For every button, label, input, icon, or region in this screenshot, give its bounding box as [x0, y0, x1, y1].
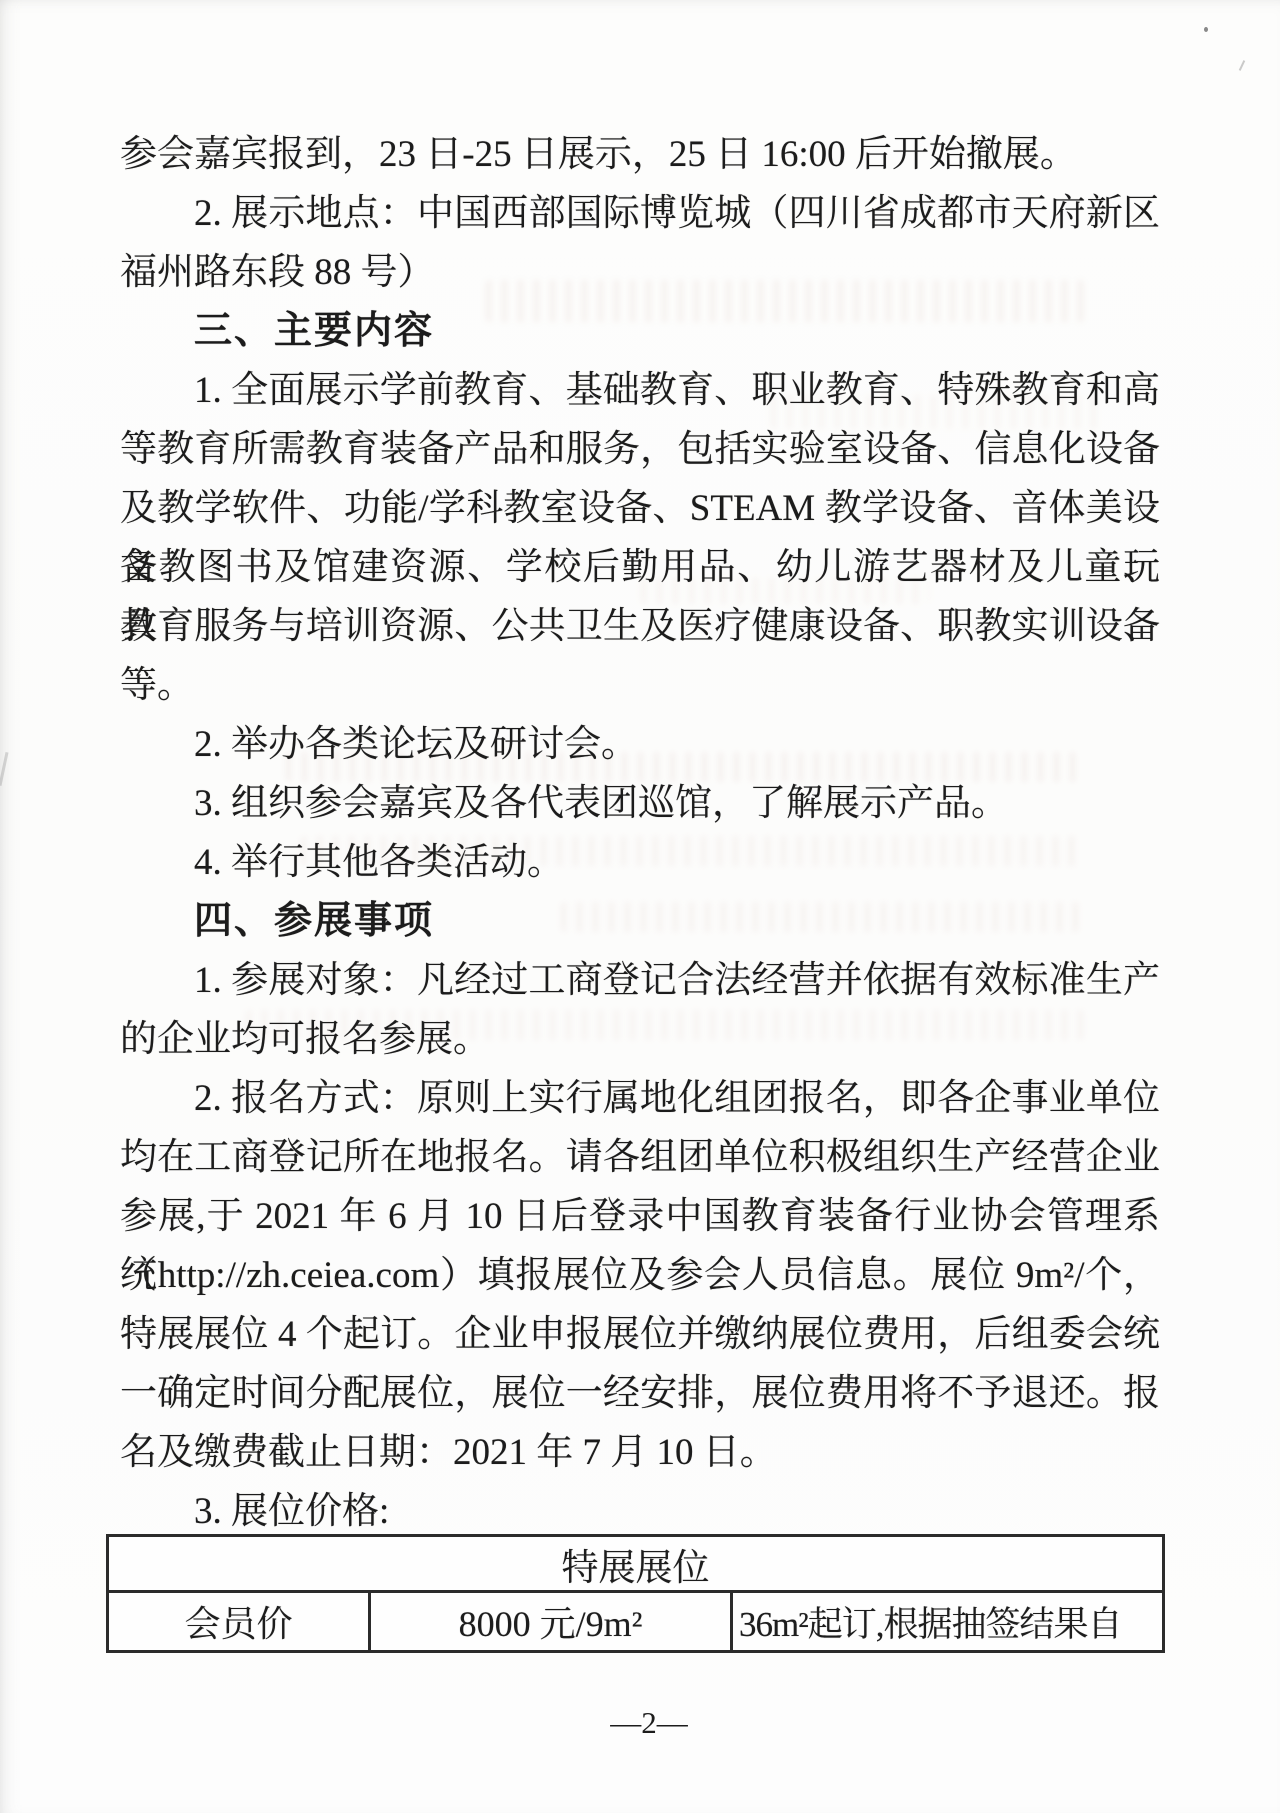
text-line: 特展展位 4 个起订。企业申报展位并缴纳展位费用，后组委会统 — [120, 1305, 1160, 1364]
text-line: 参展,于 2021 年 6 月 10 日后登录中国教育装备行业协会管理系统 — [120, 1187, 1160, 1246]
text-line: 3. 组织参会嘉宾及各代表团巡馆，了解展示产品。 — [120, 774, 1160, 833]
text-line: 名及缴费截止日期：2021 年 7 月 10 日。 — [120, 1423, 1160, 1482]
text-line: 1. 全面展示学前教育、基础教育、职业教育、特殊教育和高 — [120, 361, 1160, 420]
scan-speck — [1204, 27, 1208, 32]
text-line: 1. 参展对象：凡经过工商登记合法经营并依据有效标准生产 — [120, 951, 1160, 1010]
document-body: 参会嘉宾报到，23 日-25 日展示，25 日 16:00 后开始撤展。2. 展… — [120, 125, 1160, 1541]
table-cell-price-type: 会员价 — [109, 1593, 371, 1650]
text-line: 4. 举行其他各类活动。 — [120, 833, 1160, 892]
table-cell-price: 8000 元/9m² — [371, 1593, 733, 1650]
text-line: 文教图书及馆建资源、学校后勤用品、幼儿游艺器材及儿童玩具、 — [120, 538, 1160, 597]
booth-price-table: 特展展位 会员价 8000 元/9m² 36m²起订,根据抽签结果自 — [106, 1534, 1165, 1653]
document-page: 参会嘉宾报到，23 日-25 日展示，25 日 16:00 后开始撤展。2. 展… — [0, 0, 1280, 1813]
table-title-cell: 特展展位 — [109, 1537, 1162, 1593]
table-cell-note: 36m²起订,根据抽签结果自 — [733, 1593, 1162, 1650]
text-line: 一确定时间分配展位，展位一经安排，展位费用将不予退还。报 — [120, 1364, 1160, 1423]
table-row: 会员价 8000 元/9m² 36m²起订,根据抽签结果自 — [109, 1593, 1162, 1650]
text-line: 参会嘉宾报到，23 日-25 日展示，25 日 16:00 后开始撤展。 — [120, 125, 1160, 184]
text-line: （http://zh.ceiea.com）填报展位及参会人员信息。展位 9m²/… — [120, 1246, 1160, 1305]
text-line: 福州路东段 88 号） — [120, 243, 1160, 302]
text-line: 均在工商登记所在地报名。请各组团单位积极组织生产经营企业 — [120, 1128, 1160, 1187]
section-heading: 三、主要内容 — [120, 302, 1160, 361]
scan-speck — [0, 752, 9, 786]
text-line: 及教学软件、功能/学科教室设备、STEAM 教学设备、音体美设备、 — [120, 479, 1160, 538]
text-line: 2. 报名方式：原则上实行属地化组团报名，即各企事业单位 — [120, 1069, 1160, 1128]
page-number: —2— — [0, 1705, 1280, 1741]
text-line: 3. 展位价格: — [120, 1482, 1160, 1541]
text-line: 2. 展示地点：中国西部国际博览城（四川省成都市天府新区 — [120, 184, 1160, 243]
text-line: 2. 举办各类论坛及研讨会。 — [120, 715, 1160, 774]
text-line: 等。 — [120, 656, 1160, 715]
table-title: 特展展位 — [562, 1537, 710, 1591]
text-line: 教育服务与培训资源、公共卫生及医疗健康设备、职教实训设备 — [120, 597, 1160, 656]
text-line: 的企业均可报名参展。 — [120, 1010, 1160, 1069]
scan-speck — [1239, 60, 1245, 71]
text-line: 等教育所需教育装备产品和服务，包括实验室设备、信息化设备 — [120, 420, 1160, 479]
section-heading: 四、参展事项 — [120, 892, 1160, 951]
